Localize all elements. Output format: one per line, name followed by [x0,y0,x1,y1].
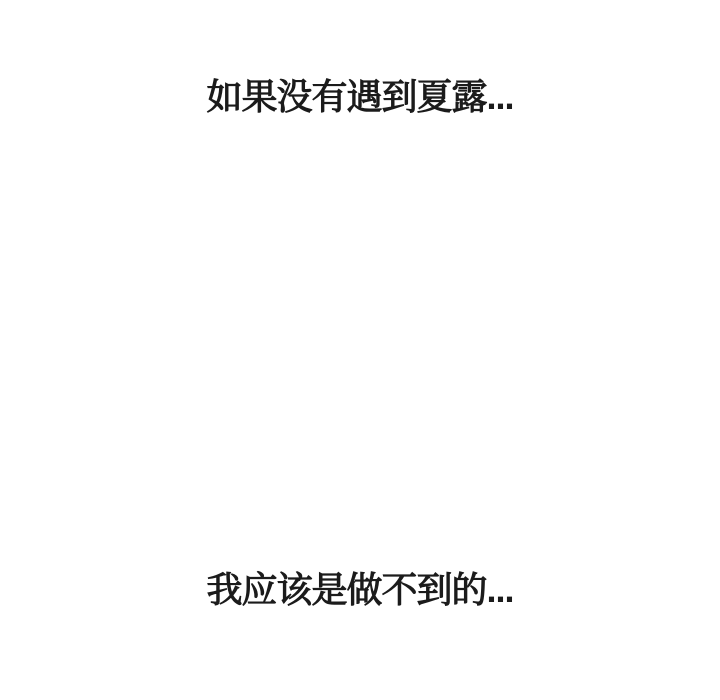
comic-panel: 如果没有遇到夏露... 我应该是做不到的... [0,0,720,700]
caption-bottom-text: 我应该是做不到的... [0,570,720,610]
caption-top-text: 如果没有遇到夏露... [0,77,720,117]
